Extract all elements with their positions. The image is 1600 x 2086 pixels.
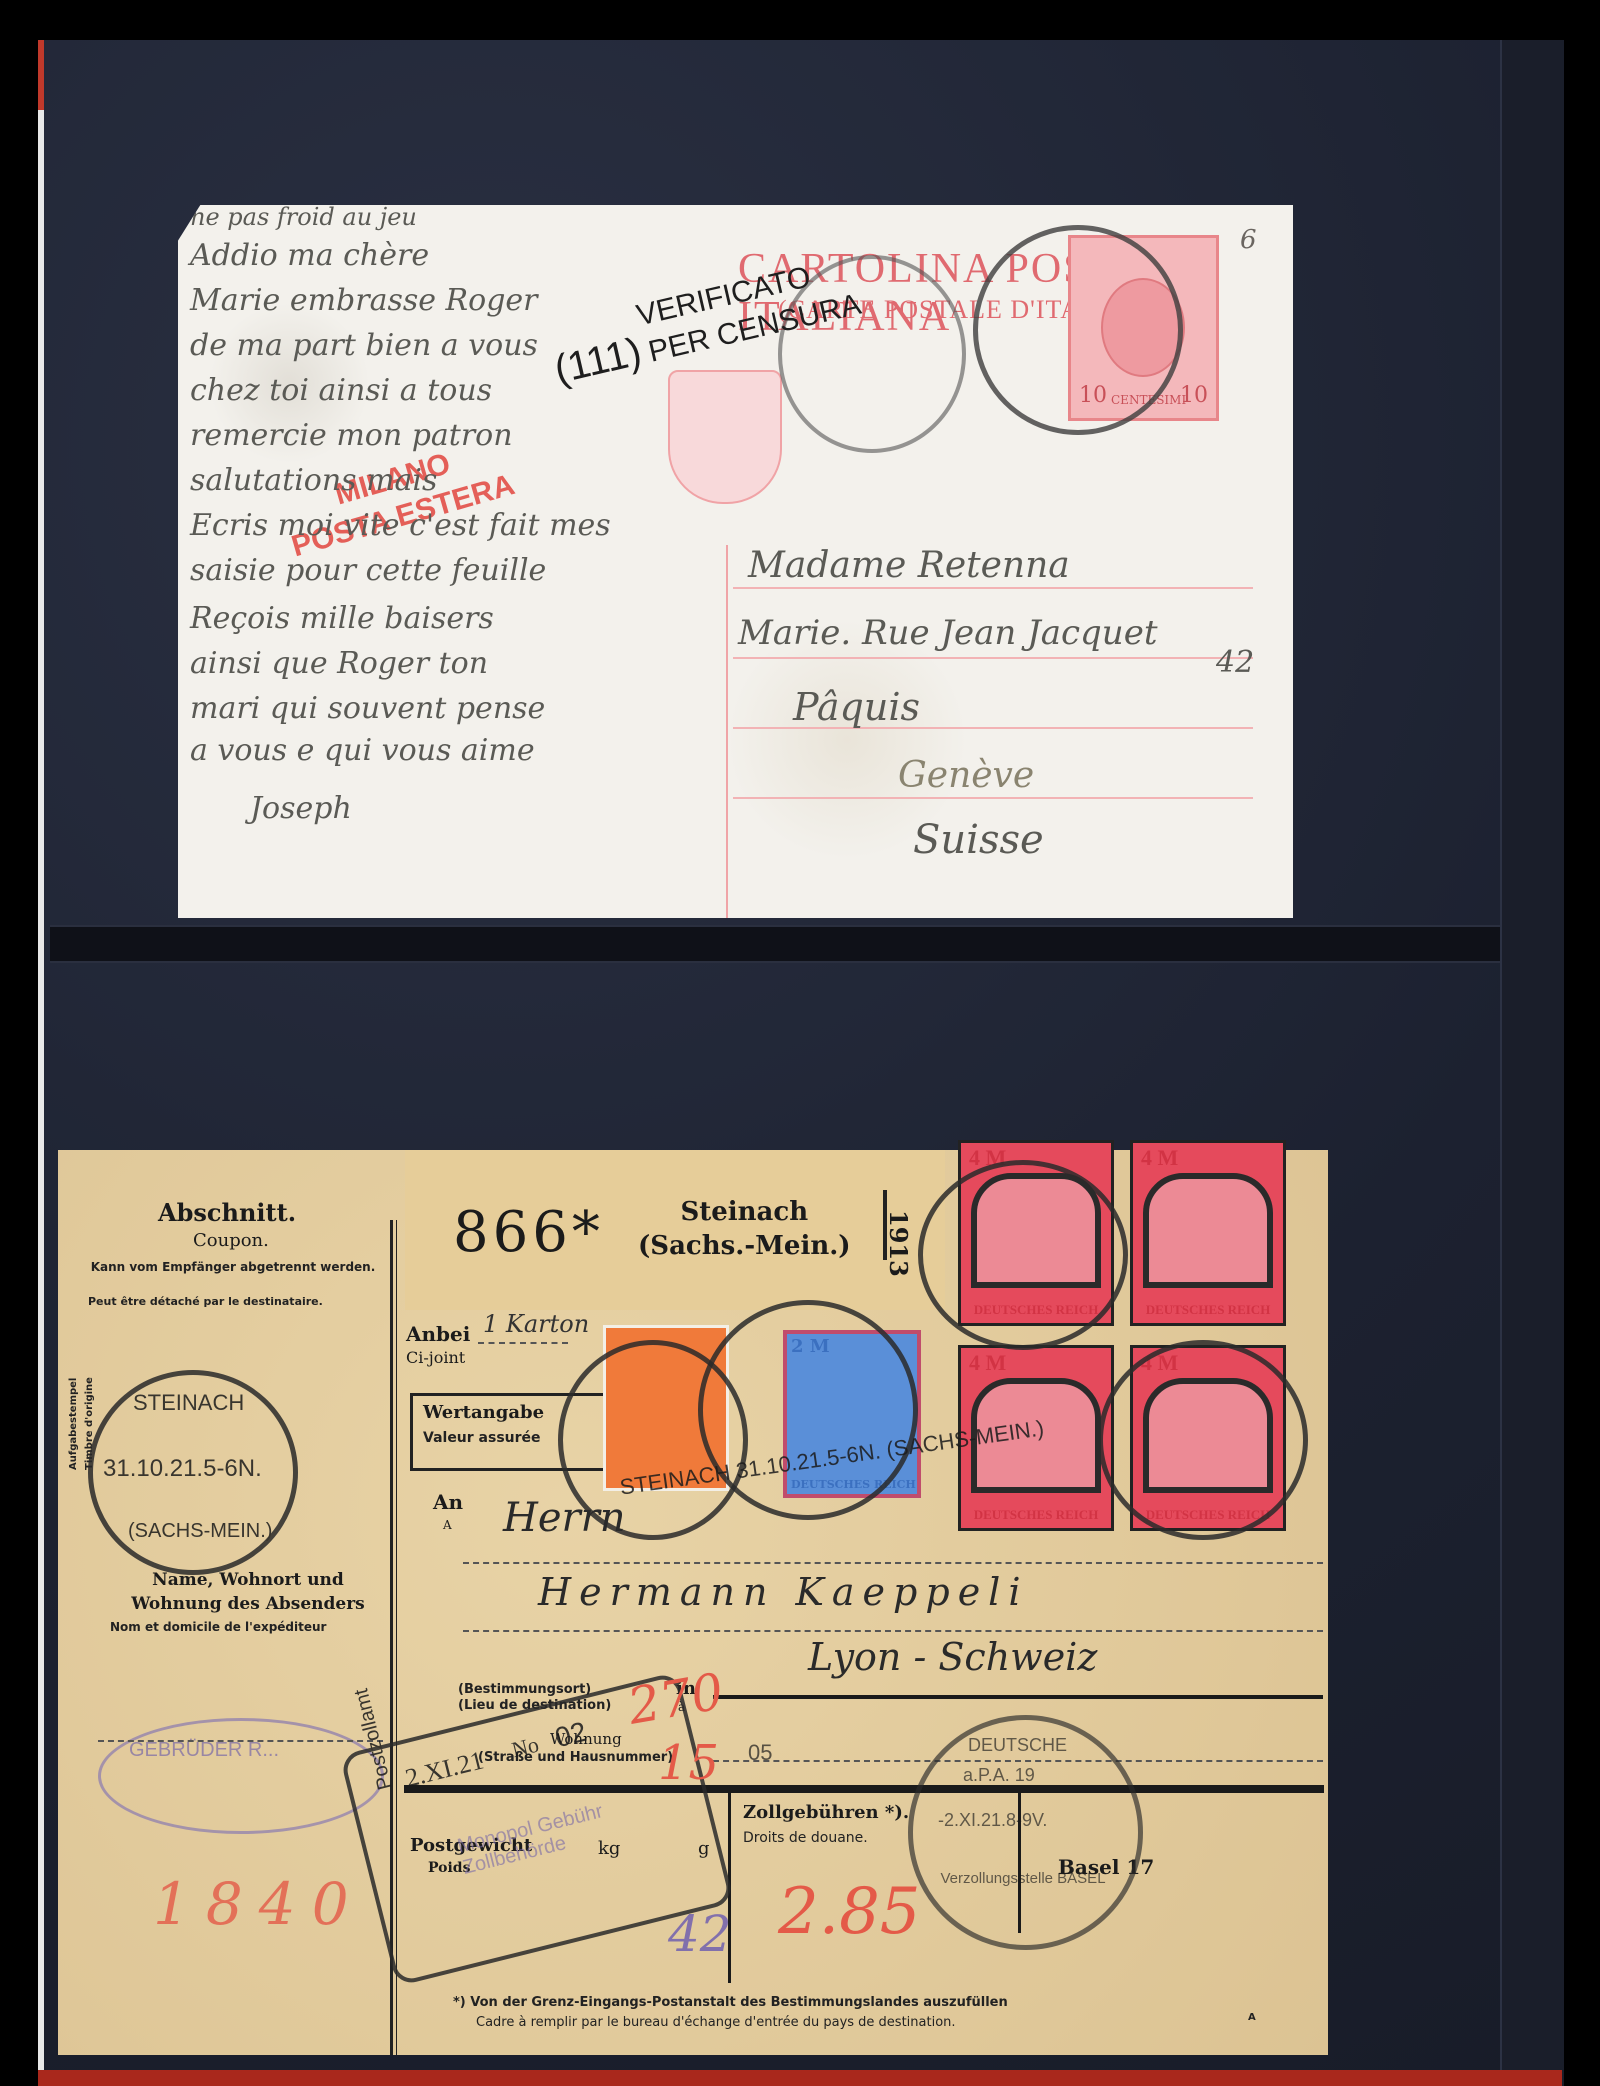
- message-line: Marie embrasse Roger: [190, 283, 538, 318]
- customs-label: Zollgebühren *).: [743, 1802, 909, 1823]
- an-label-fr: A: [443, 1518, 452, 1532]
- basel-postmark: DEUTSCHE a.P.A. 19 -2.XI.21.8-9V. Verzol…: [908, 1715, 1143, 1950]
- customs-cachet-number: 02: [552, 1716, 590, 1755]
- censor-number: (111): [550, 330, 645, 393]
- customs-cachet-date: 2.XI.21: [402, 1745, 486, 1793]
- sender-label-fr: Nom et domicile de l'expéditeur: [110, 1620, 326, 1634]
- address-line: 42: [1216, 645, 1254, 680]
- red-total: 2.85: [778, 1875, 921, 1949]
- basel-postmark-bottom: Verzollungsstelle BASEL: [938, 1870, 1108, 1887]
- destination-rule: [713, 1695, 1323, 1699]
- coupon-postmark: STEINACH 31.10.21.5-6N. (SACHS-MEIN.): [88, 1370, 298, 1575]
- german-parcel-card: Abschnitt. Coupon. Kann vom Empfänger ab…: [58, 1150, 1328, 2055]
- address-line: Genève: [898, 755, 1034, 796]
- basel-postmark-date: -2.XI.21.8-9V.: [938, 1810, 1047, 1831]
- sender-line: [98, 1740, 383, 1742]
- origin-region: (Sachs.-Mein.): [638, 1229, 851, 1263]
- origin-town-name: Steinach: [638, 1195, 851, 1229]
- postmark-town: STEINACH: [133, 1390, 244, 1416]
- message-line: Addio ma chère: [190, 238, 429, 273]
- message-line: chez toi ainsi a tous: [190, 373, 492, 408]
- footnote-fr: Cadre à remplir par le bureau d'échange …: [476, 2015, 956, 2030]
- parcel-number: 866*: [453, 1200, 604, 1265]
- postmark-region: (SACHS-MEIN.): [128, 1520, 272, 1543]
- message-line: de ma part bien a vous: [190, 328, 538, 363]
- stamp-label: DEUTSCHES REICH: [961, 1507, 1111, 1523]
- stamp-value: 4 M: [1141, 1145, 1178, 1171]
- italian-postcard: CARTOLINA POSTALE ITALIANA (CARTE POSTAL…: [178, 205, 1293, 918]
- coupon-note-de: Kann vom Empfänger abgetrennt werden.: [88, 1260, 378, 1275]
- red-note-coupon: 1840: [153, 1870, 365, 1938]
- printer-mark: A: [1248, 2012, 1256, 2023]
- basel-postmark-middle: a.P.A. 19: [963, 1765, 1035, 1786]
- red-amount-1: 270: [624, 1662, 728, 1736]
- message-line: mari qui souvent pense: [190, 691, 545, 726]
- footnote-de: *) Von der Grenz-Eingangs-Postanstalt de…: [453, 1995, 1008, 2010]
- box-amount: 05: [748, 1740, 772, 1766]
- anbei-label: Anbei: [406, 1322, 470, 1346]
- message-line: Ecris moi vite c'est fait mes: [190, 508, 611, 543]
- addressee-line2: Hermann Kaeppeli: [538, 1570, 1028, 1614]
- steinach-postmark: [918, 1160, 1128, 1350]
- an-label: An: [433, 1490, 463, 1514]
- address-line-2: [463, 1630, 1323, 1632]
- steinach-postmark: [1098, 1340, 1308, 1540]
- album-bottom-edge: [38, 2070, 1562, 2086]
- album-right-margin: [1500, 40, 1564, 2086]
- red-amount-2: 15: [658, 1735, 719, 1791]
- message-line: Reçois mille baisers: [190, 601, 494, 636]
- destination-value: Lyon - Schweiz: [808, 1635, 1097, 1679]
- coupon-title: Abschnitt.: [158, 1198, 296, 1227]
- customs-label-fr: Droits de douane.: [743, 1830, 868, 1846]
- customs-cachet-no: No: [509, 1732, 541, 1764]
- message-line: remercie mon patron: [190, 418, 513, 453]
- album-binding-edge: [38, 40, 44, 2080]
- sender-cachet: GEBRÜDER R...: [98, 1718, 384, 1834]
- message-line: ainsi que Roger ton: [190, 646, 488, 681]
- message-line: ne pas froid au jeu: [190, 203, 417, 231]
- coat-of-arms-icon: [668, 370, 782, 504]
- address-line: Suisse: [913, 817, 1044, 863]
- violet-amount: 42: [668, 1905, 732, 1963]
- address-line: Pâquis: [793, 685, 920, 729]
- anbei-line: [478, 1342, 568, 1344]
- message-line: saisie pour cette feuille: [190, 553, 546, 588]
- sender-label-de: Name, Wohnort und Wohnung des Absenders: [118, 1568, 378, 1616]
- wertangabe-label-fr: Valeur assurée: [423, 1430, 541, 1446]
- destination-label-de: (Bestimmungsort): [458, 1682, 591, 1697]
- wertangabe-label: Wertangabe: [423, 1402, 544, 1423]
- message-line: salutations mais: [190, 463, 437, 498]
- album-strip-divider: [50, 925, 1500, 963]
- address-rule: [733, 797, 1253, 799]
- signature: Joseph: [250, 791, 352, 826]
- germania-portrait-icon: [1143, 1173, 1273, 1288]
- stamp-label-de: Aufgabestempel: [68, 1378, 79, 1470]
- address-line: Madame Retenna: [748, 545, 1070, 586]
- message-line: a vous e qui vous aime: [190, 733, 535, 768]
- stamp-value: 4 M: [969, 1350, 1006, 1376]
- stamp-label: DEUTSCHES REICH: [1133, 1302, 1283, 1318]
- address-line-1: [463, 1562, 1323, 1564]
- corner-number: 6: [1240, 225, 1257, 255]
- address-line: Marie. Rue Jean Jacquet: [738, 613, 1158, 653]
- postmark-circle: [973, 225, 1183, 435]
- form-year: 1913: [884, 1210, 913, 1277]
- steinach-postmark: [698, 1300, 918, 1520]
- stamp-germania-4m: 4 M DEUTSCHES REICH: [1130, 1140, 1286, 1326]
- origin-town: Steinach (Sachs.-Mein.): [638, 1195, 851, 1263]
- address-rule: [733, 657, 1253, 659]
- anbei-label-fr: Ci-joint: [406, 1348, 465, 1367]
- postmark-date: 31.10.21.5-6N.: [103, 1455, 262, 1483]
- sender-cachet-text: GEBRÜDER R...: [129, 1739, 279, 1762]
- address-divider: [726, 545, 728, 925]
- coupon-title-fr: Coupon.: [193, 1230, 269, 1251]
- basel-postmark-top: DEUTSCHE: [968, 1735, 1067, 1756]
- address-rule: [733, 587, 1253, 589]
- coupon-note-fr: Peut être détaché par le destinataire.: [88, 1295, 323, 1308]
- anbei-value: 1 Karton: [483, 1310, 589, 1338]
